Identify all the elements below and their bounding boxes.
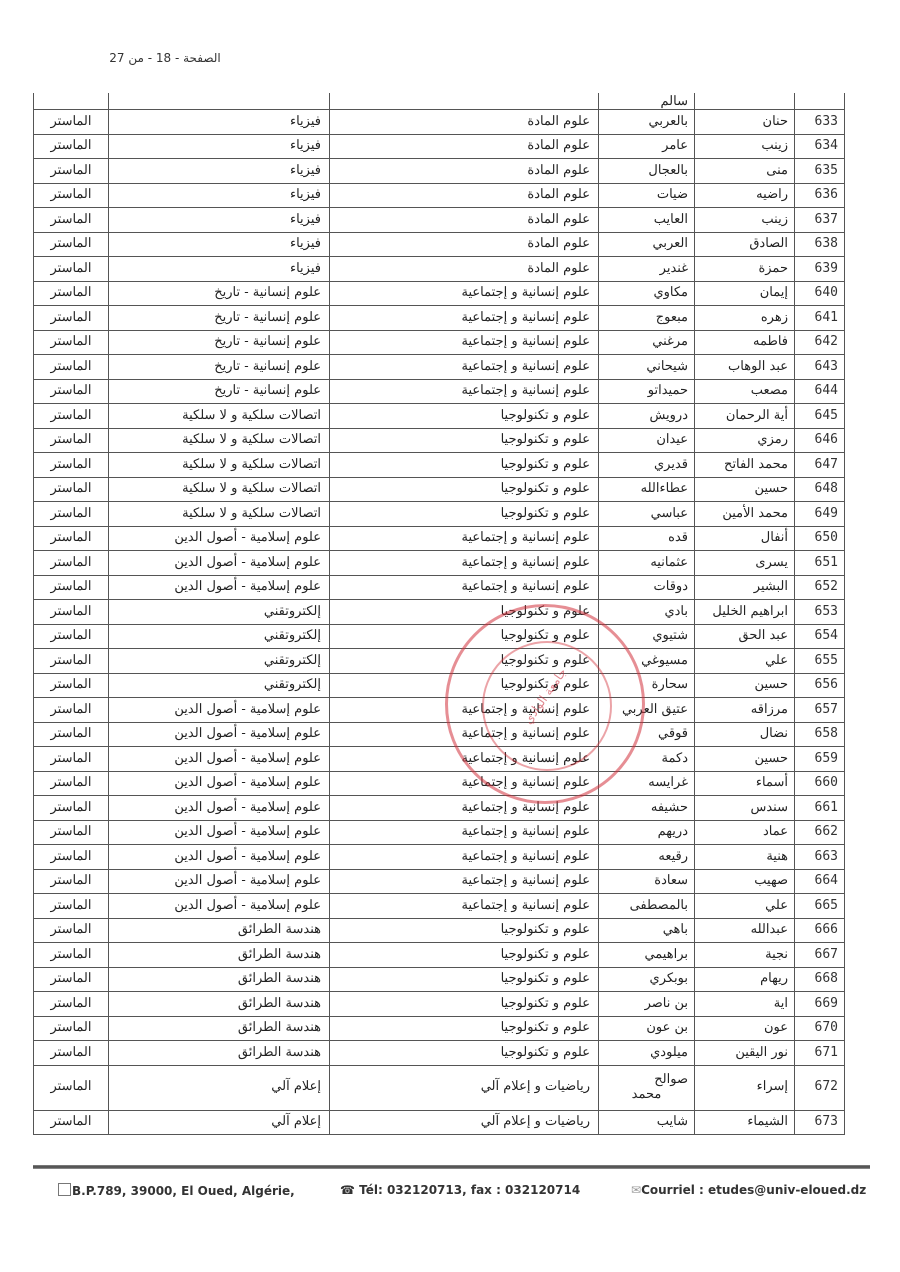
table-row: 642فاطمهمرغنيعلوم إنسانية و إجتماعيةعلوم… xyxy=(34,330,845,355)
cell-first-name: أسماء xyxy=(695,771,795,796)
students-table-body: سالم 633حنانبالعربيعلوم المادةفيزياءالما… xyxy=(34,93,845,1135)
cell-level: الماستر xyxy=(34,306,109,331)
cell-specialty: إلكتروتقني xyxy=(109,673,330,698)
cell-surname: رقيعه xyxy=(599,845,695,870)
table-row: 640إيمانمكاويعلوم إنسانية و إجتماعيةعلوم… xyxy=(34,281,845,306)
cell-level: الماستر xyxy=(34,624,109,649)
cell-first-name: إسراء xyxy=(695,1065,795,1110)
cell-first-name: عبد الحق xyxy=(695,624,795,649)
cell-surname: سحارة xyxy=(599,673,695,698)
cell-field: علوم إنسانية و إجتماعية xyxy=(330,845,599,870)
cell-field: علوم إنسانية و إجتماعية xyxy=(330,526,599,551)
cell-field: علوم المادة xyxy=(330,159,599,184)
cell-level: الماستر xyxy=(34,698,109,723)
footer-email-text[interactable]: Courriel : etudes@univ-eloued.dz xyxy=(641,1183,866,1197)
cell-first-name: علي xyxy=(695,649,795,674)
cell-first-name: أية الرحمان xyxy=(695,404,795,429)
table-row: 648حسينعطاءاللهعلوم و تكنولوجيااتصالات س… xyxy=(34,477,845,502)
cell-first-name: حسين xyxy=(695,673,795,698)
cell-field: علوم و تكنولوجيا xyxy=(330,1016,599,1041)
cell-specialty: هندسة الطرائق xyxy=(109,967,330,992)
cell-field: علوم إنسانية و إجتماعية xyxy=(330,747,599,772)
cell-first-name: عون xyxy=(695,1016,795,1041)
cell-level: الماستر xyxy=(34,649,109,674)
cell-number: 635 xyxy=(795,159,845,184)
table-row: 659حسيندكمةعلوم إنسانية و إجتماعيةعلوم إ… xyxy=(34,747,845,772)
cell-first-name: محمد الأمين xyxy=(695,502,795,527)
surname-line-2: محمد xyxy=(605,1088,688,1102)
cell-number: 660 xyxy=(795,771,845,796)
footer-phone: ☎ Tél: 032120713, fax : 032120714 xyxy=(340,1183,580,1197)
table-row: 645أية الرحماندرويشعلوم و تكنولوجيااتصال… xyxy=(34,404,845,429)
cell-number: 652 xyxy=(795,575,845,600)
table-row: 665عليبالمصطفىعلوم إنسانية و إجتماعيةعلو… xyxy=(34,894,845,919)
cell-surname: شايب xyxy=(599,1110,695,1135)
cell-number: 664 xyxy=(795,869,845,894)
cell-field: علوم و تكنولوجيا xyxy=(330,502,599,527)
cell-specialty: اتصالات سلكية و لا سلكية xyxy=(109,502,330,527)
footer-email: ✉Courriel : etudes@univ-eloued.dz xyxy=(631,1183,866,1197)
cell-number: 644 xyxy=(795,379,845,404)
cell-level: الماستر xyxy=(34,208,109,233)
cell-level: الماستر xyxy=(34,869,109,894)
cell-level: الماستر xyxy=(34,355,109,380)
cell-surname: بن عون xyxy=(599,1016,695,1041)
cell-number: 648 xyxy=(795,477,845,502)
table-row: 669ايةبن ناصرعلوم و تكنولوجياهندسة الطرا… xyxy=(34,992,845,1017)
cell-surname: مرغني xyxy=(599,330,695,355)
cell-level: الماستر xyxy=(34,110,109,135)
cell-number: 650 xyxy=(795,526,845,551)
cell-level: الماستر xyxy=(34,281,109,306)
cell-level: الماستر xyxy=(34,600,109,625)
table-row: 638الصادقالعربيعلوم المادةفيزياءالماستر xyxy=(34,232,845,257)
cell-specialty: علوم إسلامية - أصول الدين xyxy=(109,820,330,845)
cell-first-name: علي xyxy=(695,894,795,919)
cell-number: 665 xyxy=(795,894,845,919)
cell-first-name: مصعب xyxy=(695,379,795,404)
cell-specialty: علوم إنسانية - تاريخ xyxy=(109,281,330,306)
footer-address-text: B.P.789, 39000, El Oued, Algérie, xyxy=(72,1184,295,1198)
footer: B.P.789, 39000, El Oued, Algérie, ☎ Tél:… xyxy=(58,1183,870,1203)
cell-number: 658 xyxy=(795,722,845,747)
cell-first-name: راضيه xyxy=(695,183,795,208)
cell-specialty: علوم إسلامية - أصول الدين xyxy=(109,698,330,723)
cell-field: علوم المادة xyxy=(330,257,599,282)
table-row: 650أنفالقدهعلوم إنسانية و إجتماعيةعلوم إ… xyxy=(34,526,845,551)
table-row: 664صهيبسعادةعلوم إنسانية و إجتماعيةعلوم … xyxy=(34,869,845,894)
cell-level xyxy=(34,93,109,110)
cell-surname: العايب xyxy=(599,208,695,233)
cell-level: الماستر xyxy=(34,575,109,600)
cell-field: علوم إنسانية و إجتماعية xyxy=(330,355,599,380)
cell-number: 639 xyxy=(795,257,845,282)
footer-phone-text: Tél: 032120713, fax : 032120714 xyxy=(359,1183,580,1197)
students-table: سالم 633حنانبالعربيعلوم المادةفيزياءالما… xyxy=(33,93,845,1135)
cell-field: علوم و تكنولوجيا xyxy=(330,404,599,429)
cell-first-name: الصادق xyxy=(695,232,795,257)
cell-level: الماستر xyxy=(34,796,109,821)
cell-specialty: علوم إسلامية - أصول الدين xyxy=(109,722,330,747)
cell-number: 673 xyxy=(795,1110,845,1135)
cell-specialty: هندسة الطرائق xyxy=(109,992,330,1017)
cell-number: 647 xyxy=(795,453,845,478)
table-row: 639حمزةغنديرعلوم المادةفيزياءالماستر xyxy=(34,257,845,282)
cell-specialty: علوم إنسانية - تاريخ xyxy=(109,330,330,355)
table-row: 633حنانبالعربيعلوم المادةفيزياءالماستر xyxy=(34,110,845,135)
cell-number: 662 xyxy=(795,820,845,845)
cell-specialty: اتصالات سلكية و لا سلكية xyxy=(109,428,330,453)
cell-number: 634 xyxy=(795,134,845,159)
cell-first-name: مرزاقه xyxy=(695,698,795,723)
cell-number: 671 xyxy=(795,1041,845,1066)
cell-surname: عتيق العربي xyxy=(599,698,695,723)
cell-surname: عامر xyxy=(599,134,695,159)
cell-field: علوم و تكنولوجيا xyxy=(330,1041,599,1066)
cell-first-name: يسرى xyxy=(695,551,795,576)
cell-level: الماستر xyxy=(34,1110,109,1135)
table-row: 652البشيردوقاتعلوم إنسانية و إجتماعيةعلو… xyxy=(34,575,845,600)
cell-surname: بوبكري xyxy=(599,967,695,992)
cell-number: 645 xyxy=(795,404,845,429)
cell-first-name: ريهام xyxy=(695,967,795,992)
cell-specialty: علوم إسلامية - أصول الدين xyxy=(109,551,330,576)
cell-level: الماستر xyxy=(34,257,109,282)
cell-first-name: نضال xyxy=(695,722,795,747)
cell-level: الماستر xyxy=(34,1016,109,1041)
cell-specialty: علوم إنسانية - تاريخ xyxy=(109,355,330,380)
cell-specialty: هندسة الطرائق xyxy=(109,1016,330,1041)
cell-number: 633 xyxy=(795,110,845,135)
cell-number: 643 xyxy=(795,355,845,380)
cell-specialty: علوم إنسانية - تاريخ xyxy=(109,306,330,331)
table-row: 661سندسحشيفهعلوم إنسانية و إجتماعيةعلوم … xyxy=(34,796,845,821)
cell-surname: ضيات xyxy=(599,183,695,208)
cell-specialty: علوم إسلامية - أصول الدين xyxy=(109,845,330,870)
cell-level: الماستر xyxy=(34,428,109,453)
cell-surname: عطاءالله xyxy=(599,477,695,502)
cell-surname: صوالحمحمد xyxy=(599,1065,695,1110)
cell-first-name: عبد الوهاب xyxy=(695,355,795,380)
cell-surname: مكاوي xyxy=(599,281,695,306)
cell-specialty: إلكتروتقني xyxy=(109,624,330,649)
cell-first-name: اية xyxy=(695,992,795,1017)
cell-level: الماستر xyxy=(34,747,109,772)
cell-number: 663 xyxy=(795,845,845,870)
email-icon: ✉ xyxy=(631,1183,641,1197)
cell-number: 670 xyxy=(795,1016,845,1041)
table-row: 671نور اليقينميلوديعلوم و تكنولوجياهندسة… xyxy=(34,1041,845,1066)
cell-specialty: علوم إنسانية - تاريخ xyxy=(109,379,330,404)
cell-specialty: اتصالات سلكية و لا سلكية xyxy=(109,404,330,429)
cell-field: علوم إنسانية و إجتماعية xyxy=(330,330,599,355)
cell-level: الماستر xyxy=(34,502,109,527)
students-table-wrapper: سالم 633حنانبالعربيعلوم المادةفيزياءالما… xyxy=(33,93,844,1135)
cell-first-name: حمزة xyxy=(695,257,795,282)
table-row: 654عبد الحقشتيويعلوم و تكنولوجياإلكتروتق… xyxy=(34,624,845,649)
cell-field xyxy=(330,93,599,110)
cell-surname: قده xyxy=(599,526,695,551)
cell-first-name: الشيماء xyxy=(695,1110,795,1135)
table-row: 657مرزاقهعتيق العربيعلوم إنسانية و إجتما… xyxy=(34,698,845,723)
cell-number: 653 xyxy=(795,600,845,625)
cell-surname: حشيفه xyxy=(599,796,695,821)
cell-surname: غندير xyxy=(599,257,695,282)
cell-field: علوم و تكنولوجيا xyxy=(330,673,599,698)
cell-field: علوم و تكنولوجيا xyxy=(330,453,599,478)
cell-specialty: علوم إسلامية - أصول الدين xyxy=(109,894,330,919)
cell-first-name: فاطمه xyxy=(695,330,795,355)
cell-specialty: هندسة الطرائق xyxy=(109,918,330,943)
cell-number: 636 xyxy=(795,183,845,208)
cell-surname: حميداتو xyxy=(599,379,695,404)
cell-specialty: فيزياء xyxy=(109,159,330,184)
cell-surname: عيدان xyxy=(599,428,695,453)
cell-number: 654 xyxy=(795,624,845,649)
table-row: 644مصعبحميداتوعلوم إنسانية و إجتماعيةعلو… xyxy=(34,379,845,404)
cell-first-name: نجية xyxy=(695,943,795,968)
cell-field: علوم و تكنولوجيا xyxy=(330,600,599,625)
table-row: 635منىبالعجالعلوم المادةفيزياءالماستر xyxy=(34,159,845,184)
table-row: 649محمد الأمينعباسيعلوم و تكنولوجيااتصال… xyxy=(34,502,845,527)
cell-surname: دوقات xyxy=(599,575,695,600)
cell-specialty: علوم إسلامية - أصول الدين xyxy=(109,771,330,796)
cell-surname: شيحاني xyxy=(599,355,695,380)
cell-level: الماستر xyxy=(34,722,109,747)
table-row: 647محمد الفاتحقديريعلوم و تكنولوجيااتصال… xyxy=(34,453,845,478)
cell-specialty: فيزياء xyxy=(109,232,330,257)
cell-specialty: علوم إسلامية - أصول الدين xyxy=(109,869,330,894)
cell-field: علوم إنسانية و إجتماعية xyxy=(330,869,599,894)
cell-number xyxy=(795,93,845,110)
cell-first-name: زهره xyxy=(695,306,795,331)
cell-field: علوم إنسانية و إجتماعية xyxy=(330,551,599,576)
surname-line-1: صوالح xyxy=(605,1073,688,1087)
cell-level: الماستر xyxy=(34,918,109,943)
cell-field: رياضيات و إعلام آلي xyxy=(330,1110,599,1135)
cell-specialty: فيزياء xyxy=(109,134,330,159)
cell-surname: درويش xyxy=(599,404,695,429)
cell-field: علوم المادة xyxy=(330,183,599,208)
cell-specialty: فيزياء xyxy=(109,183,330,208)
cell-first-name: ابراهيم الخليل xyxy=(695,600,795,625)
cell-field: علوم إنسانية و إجتماعية xyxy=(330,771,599,796)
cell-specialty xyxy=(109,93,330,110)
cell-field: علوم و تكنولوجيا xyxy=(330,992,599,1017)
cell-specialty: فيزياء xyxy=(109,257,330,282)
cell-number: 651 xyxy=(795,551,845,576)
cell-field: علوم إنسانية و إجتماعية xyxy=(330,379,599,404)
cell-first-name: عبدالله xyxy=(695,918,795,943)
table-row-continuation: سالم xyxy=(34,93,845,110)
cell-specialty: فيزياء xyxy=(109,208,330,233)
cell-first-name: هنية xyxy=(695,845,795,870)
cell-number: 656 xyxy=(795,673,845,698)
cell-level: الماستر xyxy=(34,771,109,796)
cell-surname: بالعربي xyxy=(599,110,695,135)
cell-first-name: البشير xyxy=(695,575,795,600)
table-row: 641زهرهمبعوجعلوم إنسانية و إجتماعيةعلوم … xyxy=(34,306,845,331)
cell-level: الماستر xyxy=(34,183,109,208)
cell-number: 666 xyxy=(795,918,845,943)
cell-specialty: علوم إسلامية - أصول الدين xyxy=(109,575,330,600)
table-row: 672إسراءصوالحمحمدرياضيات و إعلام آليإعلا… xyxy=(34,1065,845,1110)
cell-level: الماستر xyxy=(34,1041,109,1066)
cell-first-name: صهيب xyxy=(695,869,795,894)
cell-specialty: علوم إسلامية - أصول الدين xyxy=(109,747,330,772)
cell-field: علوم إنسانية و إجتماعية xyxy=(330,894,599,919)
cell-level: الماستر xyxy=(34,551,109,576)
cell-number: 637 xyxy=(795,208,845,233)
table-row: 656حسينسحارةعلوم و تكنولوجياإلكتروتقنيال… xyxy=(34,673,845,698)
table-row: 670عونبن عونعلوم و تكنولوجياهندسة الطرائ… xyxy=(34,1016,845,1041)
cell-surname: بن ناصر xyxy=(599,992,695,1017)
cell-surname: سعادة xyxy=(599,869,695,894)
cell-surname: بالعجال xyxy=(599,159,695,184)
cell-field: علوم إنسانية و إجتماعية xyxy=(330,722,599,747)
cell-number: 669 xyxy=(795,992,845,1017)
table-row: 651يسرىعثمانيهعلوم إنسانية و إجتماعيةعلو… xyxy=(34,551,845,576)
table-row: 637زينبالعايبعلوم المادةفيزياءالماستر xyxy=(34,208,845,233)
cell-number: 642 xyxy=(795,330,845,355)
cell-number: 657 xyxy=(795,698,845,723)
cell-first-name: عماد xyxy=(695,820,795,845)
table-row: 658نضالقوقيعلوم إنسانية و إجتماعيةعلوم إ… xyxy=(34,722,845,747)
cell-surname: مبعوج xyxy=(599,306,695,331)
cell-surname: براهيمي xyxy=(599,943,695,968)
mailbox-icon xyxy=(58,1183,71,1196)
cell-surname: سالم xyxy=(599,93,695,110)
cell-number: 649 xyxy=(795,502,845,527)
cell-level: الماستر xyxy=(34,526,109,551)
cell-number: 641 xyxy=(795,306,845,331)
cell-surname: بالمصطفى xyxy=(599,894,695,919)
cell-number: 646 xyxy=(795,428,845,453)
cell-number: 655 xyxy=(795,649,845,674)
cell-field: علوم إنسانية و إجتماعية xyxy=(330,820,599,845)
cell-first-name: إيمان xyxy=(695,281,795,306)
cell-field: علوم إنسانية و إجتماعية xyxy=(330,575,599,600)
cell-number: 640 xyxy=(795,281,845,306)
cell-number: 672 xyxy=(795,1065,845,1110)
cell-first-name: زينب xyxy=(695,208,795,233)
cell-first-name: سندس xyxy=(695,796,795,821)
cell-surname: باهي xyxy=(599,918,695,943)
cell-field: علوم المادة xyxy=(330,232,599,257)
cell-specialty: إعلام آلي xyxy=(109,1110,330,1135)
cell-field: علوم و تكنولوجيا xyxy=(330,649,599,674)
cell-specialty: إعلام آلي xyxy=(109,1065,330,1110)
cell-specialty: هندسة الطرائق xyxy=(109,943,330,968)
table-row: 663هنيةرقيعهعلوم إنسانية و إجتماعيةعلوم … xyxy=(34,845,845,870)
cell-level: الماستر xyxy=(34,404,109,429)
cell-field: رياضيات و إعلام آلي xyxy=(330,1065,599,1110)
cell-specialty: هندسة الطرائق xyxy=(109,1041,330,1066)
cell-surname: عثمانيه xyxy=(599,551,695,576)
cell-surname: عباسي xyxy=(599,502,695,527)
cell-surname: شتيوي xyxy=(599,624,695,649)
cell-field: علوم إنسانية و إجتماعية xyxy=(330,698,599,723)
cell-level: الماستر xyxy=(34,232,109,257)
table-row: 646رمزيعيدانعلوم و تكنولوجيااتصالات سلكي… xyxy=(34,428,845,453)
cell-number: 638 xyxy=(795,232,845,257)
cell-field: علوم المادة xyxy=(330,208,599,233)
cell-first-name: حسين xyxy=(695,747,795,772)
cell-specialty: إلكتروتقني xyxy=(109,600,330,625)
cell-number: 659 xyxy=(795,747,845,772)
cell-level: الماستر xyxy=(34,967,109,992)
cell-surname: دكمة xyxy=(599,747,695,772)
cell-first-name: محمد الفاتح xyxy=(695,453,795,478)
table-row: 667نجيةبراهيميعلوم و تكنولوجياهندسة الطر… xyxy=(34,943,845,968)
cell-level: الماستر xyxy=(34,894,109,919)
cell-field: علوم إنسانية و إجتماعية xyxy=(330,796,599,821)
cell-specialty: علوم إسلامية - أصول الدين xyxy=(109,796,330,821)
cell-level: الماستر xyxy=(34,820,109,845)
cell-level: الماستر xyxy=(34,845,109,870)
cell-level: الماستر xyxy=(34,943,109,968)
cell-level: الماستر xyxy=(34,159,109,184)
cell-level: الماستر xyxy=(34,1065,109,1110)
cell-field: علوم المادة xyxy=(330,110,599,135)
cell-level: الماستر xyxy=(34,992,109,1017)
table-row: 643عبد الوهابشيحانيعلوم إنسانية و إجتماع… xyxy=(34,355,845,380)
cell-level: الماستر xyxy=(34,673,109,698)
table-row: 634زينبعامرعلوم المادةفيزياءالماستر xyxy=(34,134,845,159)
cell-surname: قديري xyxy=(599,453,695,478)
cell-field: علوم إنسانية و إجتماعية xyxy=(330,281,599,306)
cell-specialty: اتصالات سلكية و لا سلكية xyxy=(109,477,330,502)
cell-specialty: فيزياء xyxy=(109,110,330,135)
cell-level: الماستر xyxy=(34,330,109,355)
footer-divider xyxy=(33,1165,870,1169)
cell-field: علوم المادة xyxy=(330,134,599,159)
cell-number: 667 xyxy=(795,943,845,968)
cell-specialty: اتصالات سلكية و لا سلكية xyxy=(109,453,330,478)
cell-field: علوم و تكنولوجيا xyxy=(330,624,599,649)
cell-first-name xyxy=(695,93,795,110)
cell-level: الماستر xyxy=(34,134,109,159)
cell-field: علوم إنسانية و إجتماعية xyxy=(330,306,599,331)
cell-level: الماستر xyxy=(34,477,109,502)
cell-number: 668 xyxy=(795,967,845,992)
page-number-label: الصفحة - 18 - من 27 xyxy=(70,51,260,65)
table-row: 668ريهامبوبكريعلوم و تكنولوجياهندسة الطر… xyxy=(34,967,845,992)
table-row: 673الشيماءشايبرياضيات و إعلام آليإعلام آ… xyxy=(34,1110,845,1135)
cell-surname: العربي xyxy=(599,232,695,257)
cell-first-name: نور اليقين xyxy=(695,1041,795,1066)
cell-surname: مسيوغي xyxy=(599,649,695,674)
cell-surname: غرايسه xyxy=(599,771,695,796)
table-row: 660أسماءغرايسهعلوم إنسانية و إجتماعيةعلو… xyxy=(34,771,845,796)
table-row: 666عبداللهباهيعلوم و تكنولوجياهندسة الطر… xyxy=(34,918,845,943)
cell-field: علوم و تكنولوجيا xyxy=(330,477,599,502)
cell-first-name: زينب xyxy=(695,134,795,159)
cell-field: علوم و تكنولوجيا xyxy=(330,967,599,992)
cell-field: علوم و تكنولوجيا xyxy=(330,943,599,968)
cell-surname: بادي xyxy=(599,600,695,625)
footer-address: B.P.789, 39000, El Oued, Algérie, xyxy=(58,1183,295,1198)
cell-surname: دريهم xyxy=(599,820,695,845)
cell-first-name: منى xyxy=(695,159,795,184)
table-row: 653ابراهيم الخليلباديعلوم و تكنولوجياإلك… xyxy=(34,600,845,625)
table-row: 636راضيهضياتعلوم المادةفيزياءالماستر xyxy=(34,183,845,208)
cell-level: الماستر xyxy=(34,379,109,404)
cell-surname: قوقي xyxy=(599,722,695,747)
cell-first-name: رمزي xyxy=(695,428,795,453)
cell-field: علوم و تكنولوجيا xyxy=(330,428,599,453)
phone-icon: ☎ xyxy=(340,1183,355,1197)
